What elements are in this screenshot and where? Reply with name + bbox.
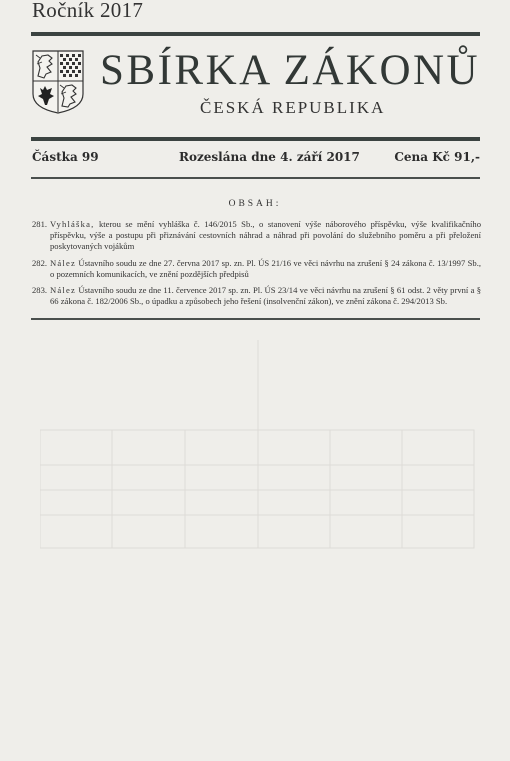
- contents-item: 281. Vyhláška, kterou se mění vyhláška č…: [32, 219, 481, 253]
- item-number: 283.: [32, 285, 47, 296]
- czech-coat-of-arms-icon: [32, 50, 84, 114]
- volume-year: Ročník 2017: [32, 0, 143, 23]
- item-number: 282.: [32, 258, 47, 269]
- part-number: Částka 99: [32, 150, 99, 164]
- contents-item: 282. Nález Ústavního soudu ze dne 27. če…: [32, 258, 481, 280]
- item-type: Nález: [50, 285, 76, 295]
- item-type: Nález: [50, 258, 76, 268]
- item-description: Ústavního soudu ze dne 11. července 2017…: [50, 285, 481, 306]
- country-subtitle: ČESKÁ REPUBLIKA: [200, 98, 385, 118]
- show-through-texture: [40, 340, 480, 550]
- item-description: kterou se mění vyhláška č. 146/2015 Sb.,…: [50, 219, 481, 251]
- contents-item: 283. Nález Ústavního soudu ze dne 11. če…: [32, 285, 481, 307]
- distribution-date: Rozeslána dne 4. září 2017: [179, 150, 360, 164]
- gazette-title: SBÍRKA ZÁKONŮ: [100, 46, 480, 95]
- gazette-cover-page: Ročník 2017 SBÍRKA ZÁKONŮ ČESKÁ REPUBLIK…: [0, 0, 510, 761]
- item-type: Vyhláška,: [50, 219, 94, 229]
- item-description: Ústavního soudu ze dne 27. června 2017 s…: [50, 258, 481, 279]
- meta-rule: [31, 177, 480, 179]
- item-number: 281.: [32, 219, 47, 230]
- price: Cena Kč 91,-: [394, 150, 480, 164]
- top-rule: [31, 32, 480, 36]
- header-bottom-rule: [31, 137, 480, 141]
- contents-bottom-rule: [31, 318, 480, 320]
- contents-heading: OBSAH:: [0, 199, 510, 209]
